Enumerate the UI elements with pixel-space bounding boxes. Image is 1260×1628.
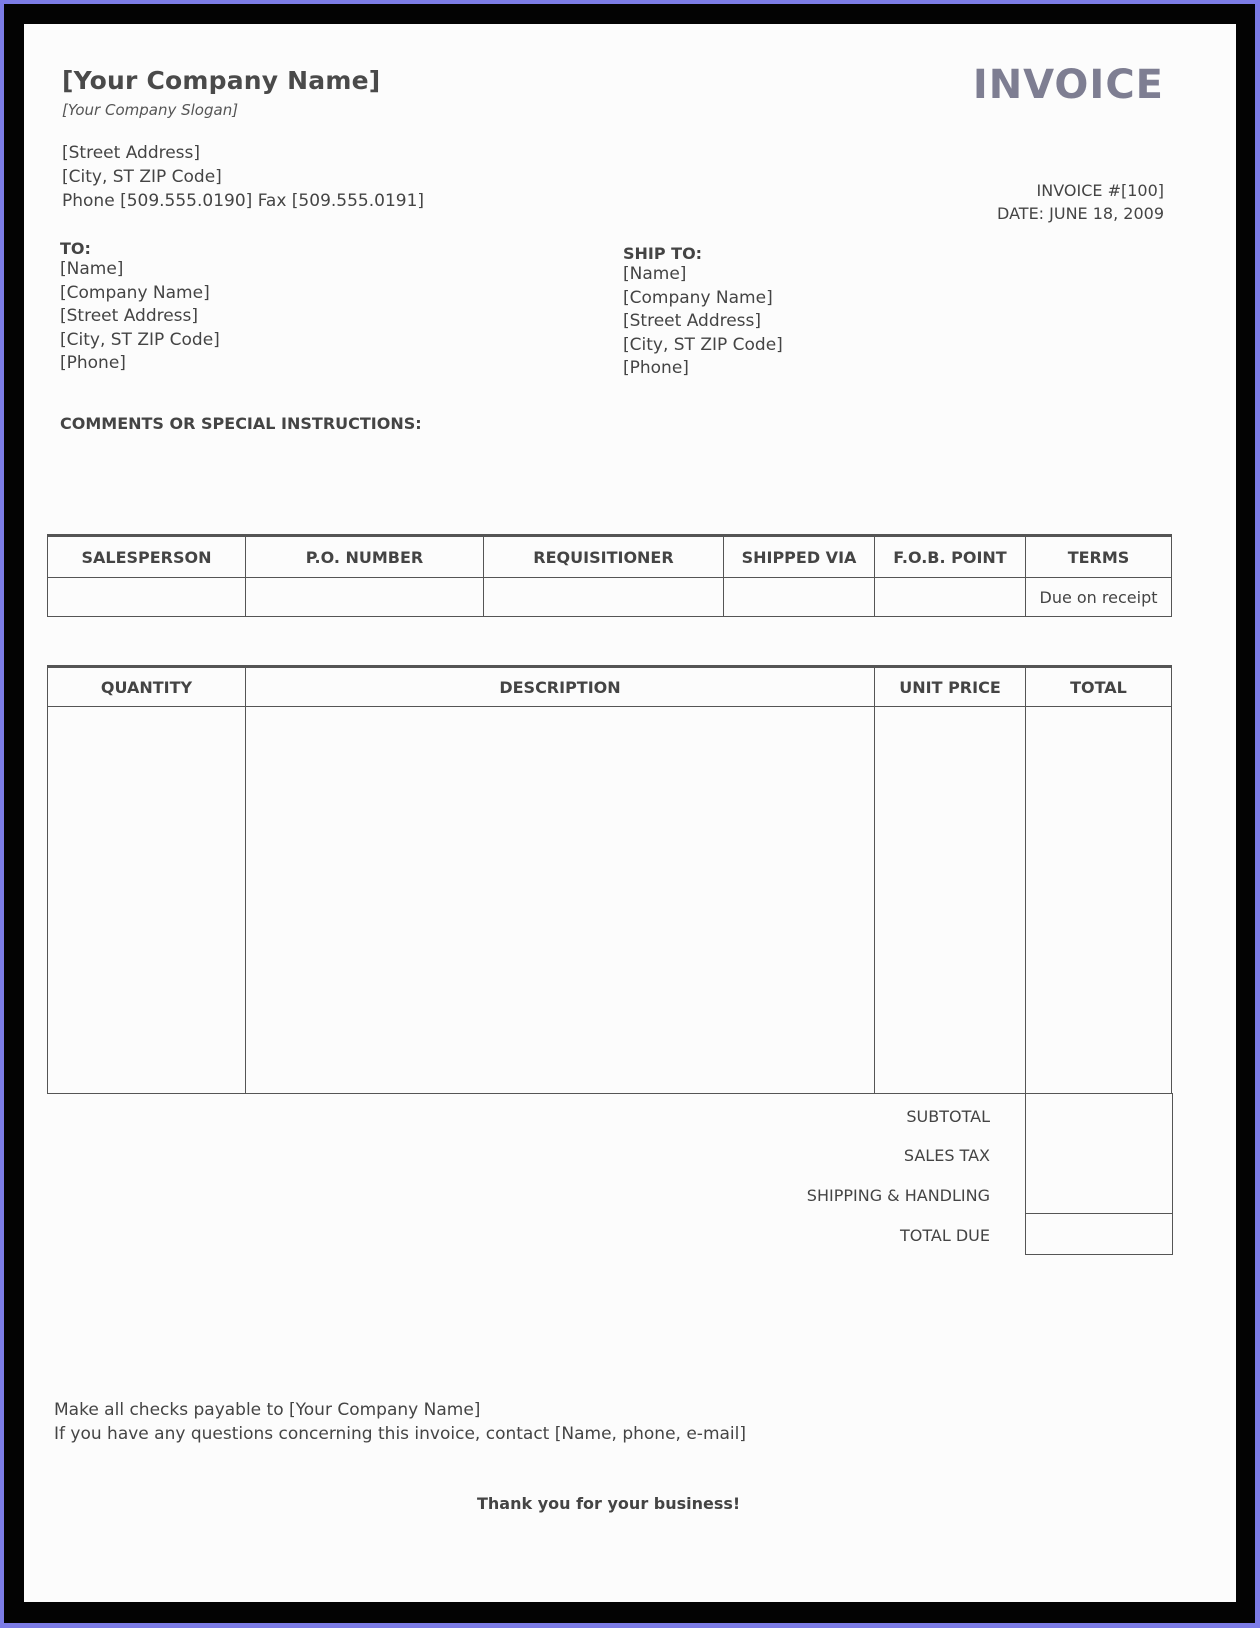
line-items-table: QUANTITY DESCRIPTION UNIT PRICE TOTAL	[47, 665, 1172, 1094]
ship-to-name: [Name]	[623, 263, 783, 287]
thank-you-note: Thank you for your business!	[477, 1494, 740, 1513]
ship-to-company: [Company Name]	[623, 287, 783, 311]
invoice-title: INVOICE	[973, 62, 1164, 108]
totals-value-box[interactable]	[1025, 1093, 1173, 1214]
cell-fob-point[interactable]	[875, 578, 1026, 617]
quantity-column[interactable]	[48, 707, 246, 1094]
header-salesperson: SALESPERSON	[48, 536, 246, 578]
header-terms: TERMS	[1026, 536, 1172, 578]
bill-to-name: [Name]	[60, 258, 220, 282]
cell-po-number[interactable]	[246, 578, 484, 617]
cell-terms[interactable]: Due on receipt	[1026, 578, 1172, 617]
unit-price-column[interactable]	[875, 707, 1026, 1094]
total-due-label: TOTAL DUE	[900, 1226, 990, 1245]
bill-to-street: [Street Address]	[60, 305, 220, 329]
invoice-date: DATE: JUNE 18, 2009	[997, 204, 1164, 223]
invoice-page: [Your Company Name] [Your Company Slogan…	[24, 24, 1236, 1602]
cell-requisitioner[interactable]	[484, 578, 724, 617]
description-column[interactable]	[246, 707, 875, 1094]
ship-to-block: SHIP TO: [Name] [Company Name] [Street A…	[623, 244, 783, 381]
ship-to-label: SHIP TO:	[623, 244, 783, 263]
cell-shipped-via[interactable]	[724, 578, 875, 617]
header-po-number: P.O. NUMBER	[246, 536, 484, 578]
company-slogan: [Your Company Slogan]	[62, 101, 238, 119]
company-city: [City, ST ZIP Code]	[62, 167, 222, 187]
shipping-info-table: SALESPERSON P.O. NUMBER REQUISITIONER SH…	[47, 534, 1172, 617]
header-unit-price: UNIT PRICE	[875, 667, 1026, 707]
cell-salesperson[interactable]	[48, 578, 246, 617]
header-description: DESCRIPTION	[246, 667, 875, 707]
bill-to-phone: [Phone]	[60, 352, 220, 376]
ship-to-street: [Street Address]	[623, 310, 783, 334]
subtotal-label: SUBTOTAL	[906, 1107, 990, 1126]
bill-to-city: [City, ST ZIP Code]	[60, 329, 220, 353]
checks-payable-note: Make all checks payable to [Your Company…	[54, 1400, 480, 1420]
company-name: [Your Company Name]	[62, 66, 380, 95]
header-fob-point: F.O.B. POINT	[875, 536, 1026, 578]
bill-to-company: [Company Name]	[60, 282, 220, 306]
header-requisitioner: REQUISITIONER	[484, 536, 724, 578]
shipping-handling-label: SHIPPING & HANDLING	[807, 1186, 990, 1205]
total-column[interactable]	[1026, 707, 1172, 1094]
bill-to-block: TO: [Name] [Company Name] [Street Addres…	[60, 239, 220, 376]
header-shipped-via: SHIPPED VIA	[724, 536, 875, 578]
header-quantity: QUANTITY	[48, 667, 246, 707]
total-due-value-box[interactable]	[1025, 1213, 1173, 1255]
invoice-number: INVOICE #[100]	[1037, 181, 1164, 200]
sales-tax-label: SALES TAX	[904, 1146, 990, 1165]
ship-to-phone: [Phone]	[623, 357, 783, 381]
questions-contact-note: If you have any questions concerning thi…	[54, 1424, 746, 1444]
comments-label: COMMENTS OR SPECIAL INSTRUCTIONS:	[60, 414, 422, 433]
company-street: [Street Address]	[62, 143, 200, 163]
ship-to-city: [City, ST ZIP Code]	[623, 334, 783, 358]
header-total: TOTAL	[1026, 667, 1172, 707]
bill-to-label: TO:	[60, 239, 220, 258]
company-phone-fax: Phone [509.555.0190] Fax [509.555.0191]	[62, 191, 424, 211]
